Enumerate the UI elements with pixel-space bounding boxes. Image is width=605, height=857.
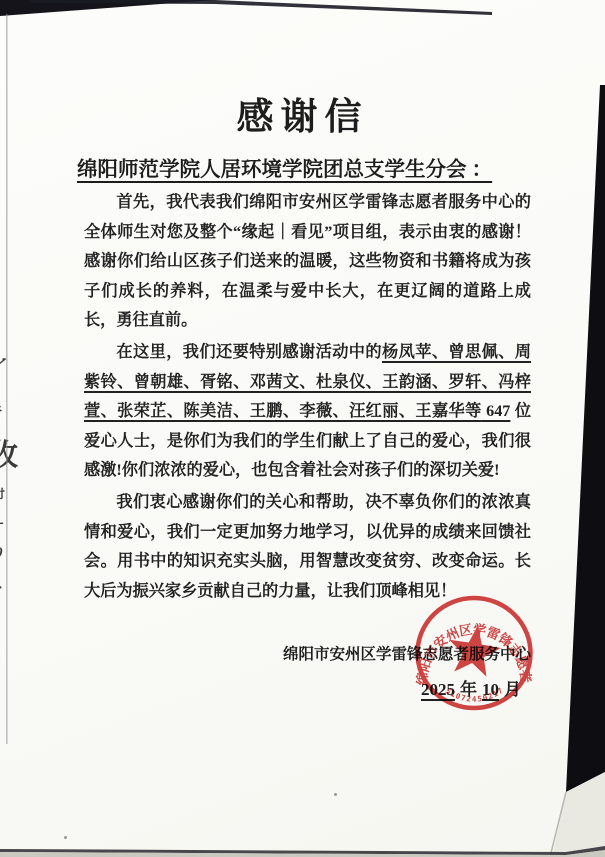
edge-fragment-glyph: 折 [0, 407, 2, 422]
text-run: 我们衷心感谢你们的关心和帮助，决不辜负你们的浓浓真情和爱心，我们一定更加努力地学… [84, 493, 531, 600]
salutation: 绵阳师范学院人居环境学院团总支学生分会 ： [77, 152, 537, 182]
scan-edge-bottom-right-line [550, 792, 566, 857]
edge-fragment-glyph: 付 [0, 488, 5, 500]
edge-fragment-glyph: — [0, 512, 3, 532]
text-run: 在这里，我们还要特别感谢活动中的 [116, 343, 382, 361]
edge-fragment-glyph: 一 [0, 352, 13, 377]
scan-edge-top-left [0, 0, 215, 16]
text-run: 首先，我代表我们绵阳市安州区学雷锋志愿者服务中心的全体师生对您及整个“缘起｜看见… [84, 193, 531, 329]
paragraph: 在这里，我们还要特别感谢活动中的杨凤苹、曾思佩、周紫铃、曾朝雄、胥铭、邓茜文、杜… [84, 338, 531, 486]
paragraph: 首先，我代表我们绵阳市安州区学雷锋志愿者服务中心的全体师生对您及整个“缘起｜看见… [84, 188, 531, 336]
edge-fragment-glyph: · [0, 582, 3, 596]
scan-edge-bottom-right [552, 772, 605, 857]
text-run: 647 [482, 402, 511, 420]
body-paragraphs: 首先，我代表我们绵阳市安州区学雷锋志愿者服务中心的全体师生对您及整个“缘起｜看见… [84, 188, 531, 608]
scan-edge-bottom-strip [0, 850, 605, 857]
letter-title: 感谢信 [0, 86, 605, 140]
edge-fragment-glyph: 收 [0, 441, 18, 471]
scan-speck [334, 793, 337, 796]
scanned-letter-page: 感谢信 绵阳师范学院人居环境学院团总支学生分会 ： 首先，我代表我们绵阳市安州区… [0, 0, 605, 857]
scan-speck [64, 836, 67, 839]
scan-edge-bottom-line [0, 846, 605, 855]
paragraph: 我们衷心感谢你们的关心和帮助，决不辜负你们的浓浓真情和爱心，我们一定更加努力地学… [84, 488, 531, 606]
red-seal-stamp: 绵阳市安州区学雷锋志愿者服务中心 510724502170 [412, 592, 536, 716]
edge-fragment-glyph: 0 [0, 546, 3, 561]
scan-edge-right-wedge [566, 85, 605, 792]
scan-edge-top-streak [30, 0, 492, 15]
